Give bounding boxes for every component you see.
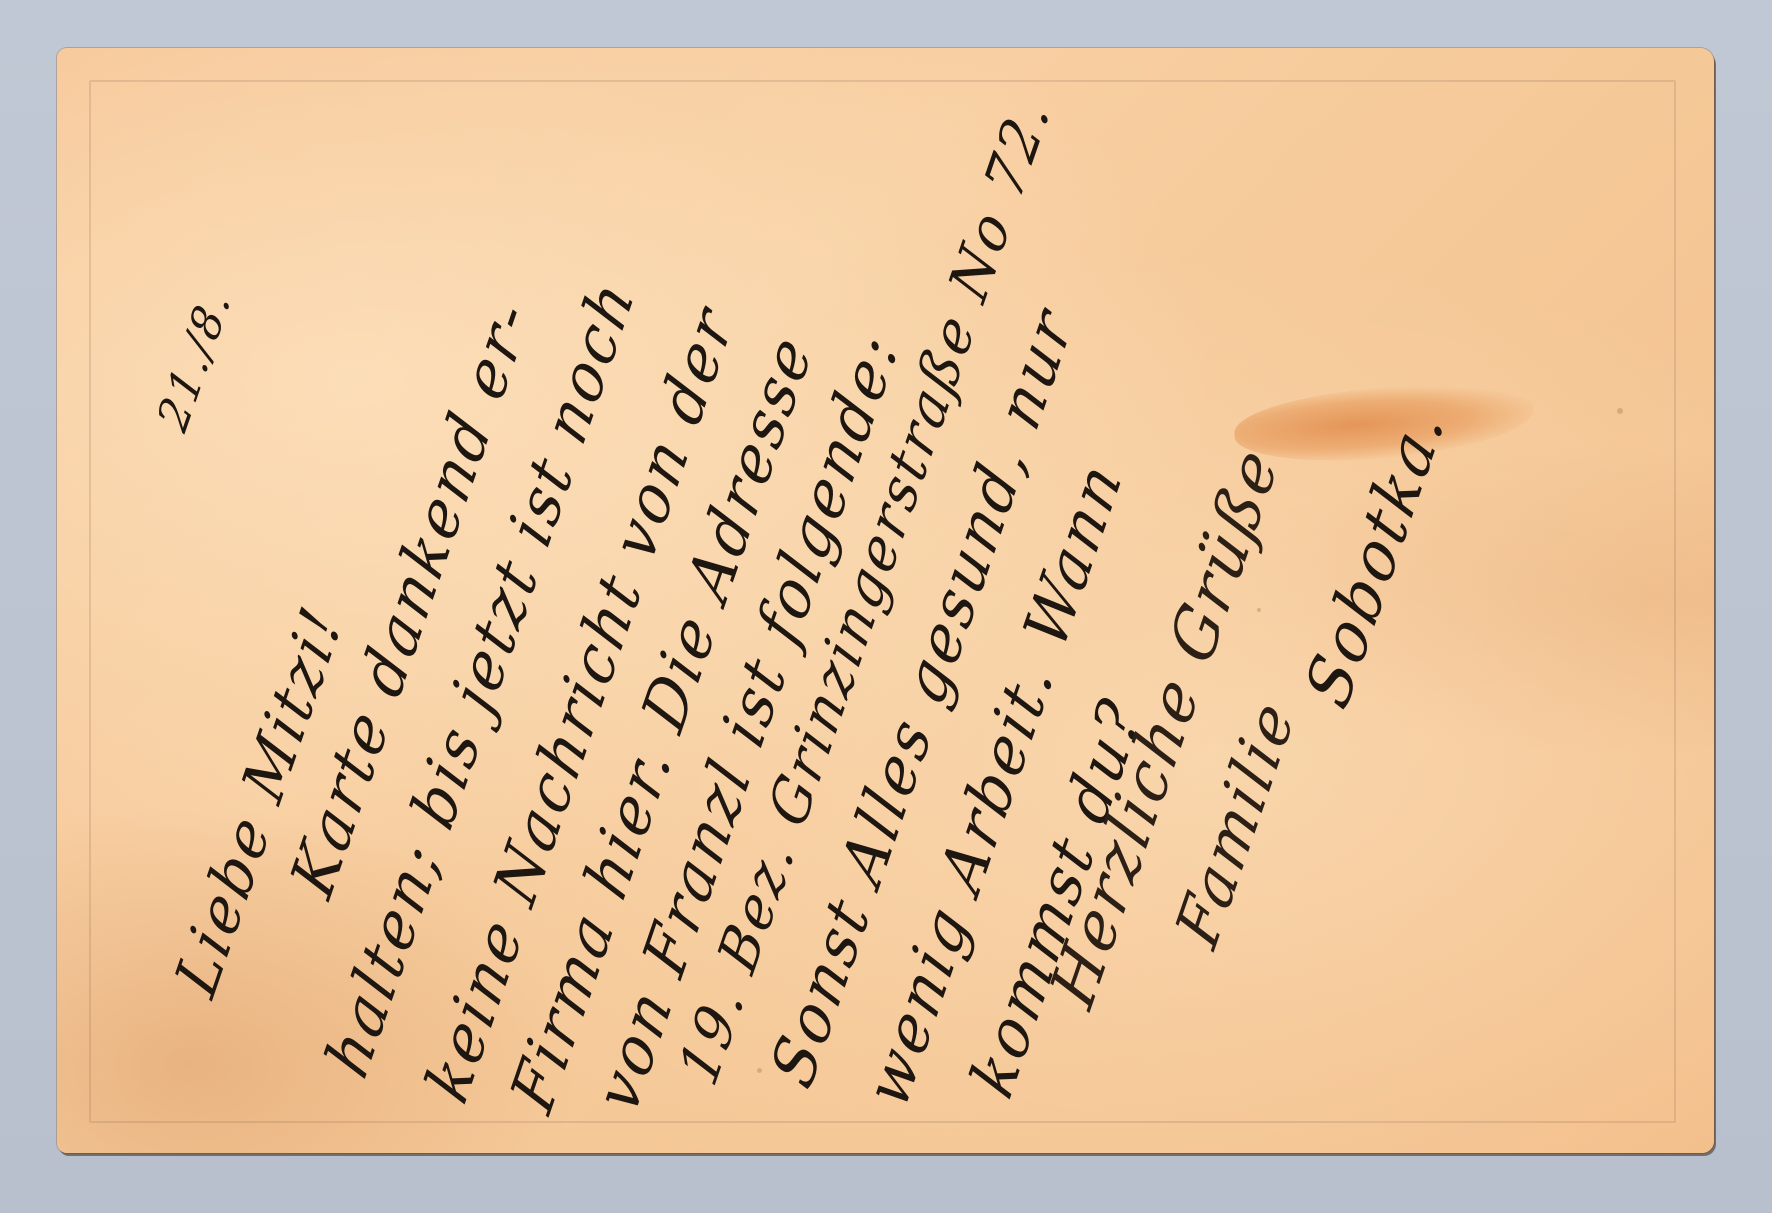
foxing-spot <box>1617 408 1623 414</box>
foxing-spot <box>1257 608 1261 612</box>
date: 21./8. <box>152 281 239 438</box>
foxing-spot <box>757 1068 762 1073</box>
scan-background: Liebe Mitzi! 21./8. Karte dankend er- ha… <box>0 0 1772 1213</box>
postcard: Liebe Mitzi! 21./8. Karte dankend er- ha… <box>57 48 1714 1153</box>
